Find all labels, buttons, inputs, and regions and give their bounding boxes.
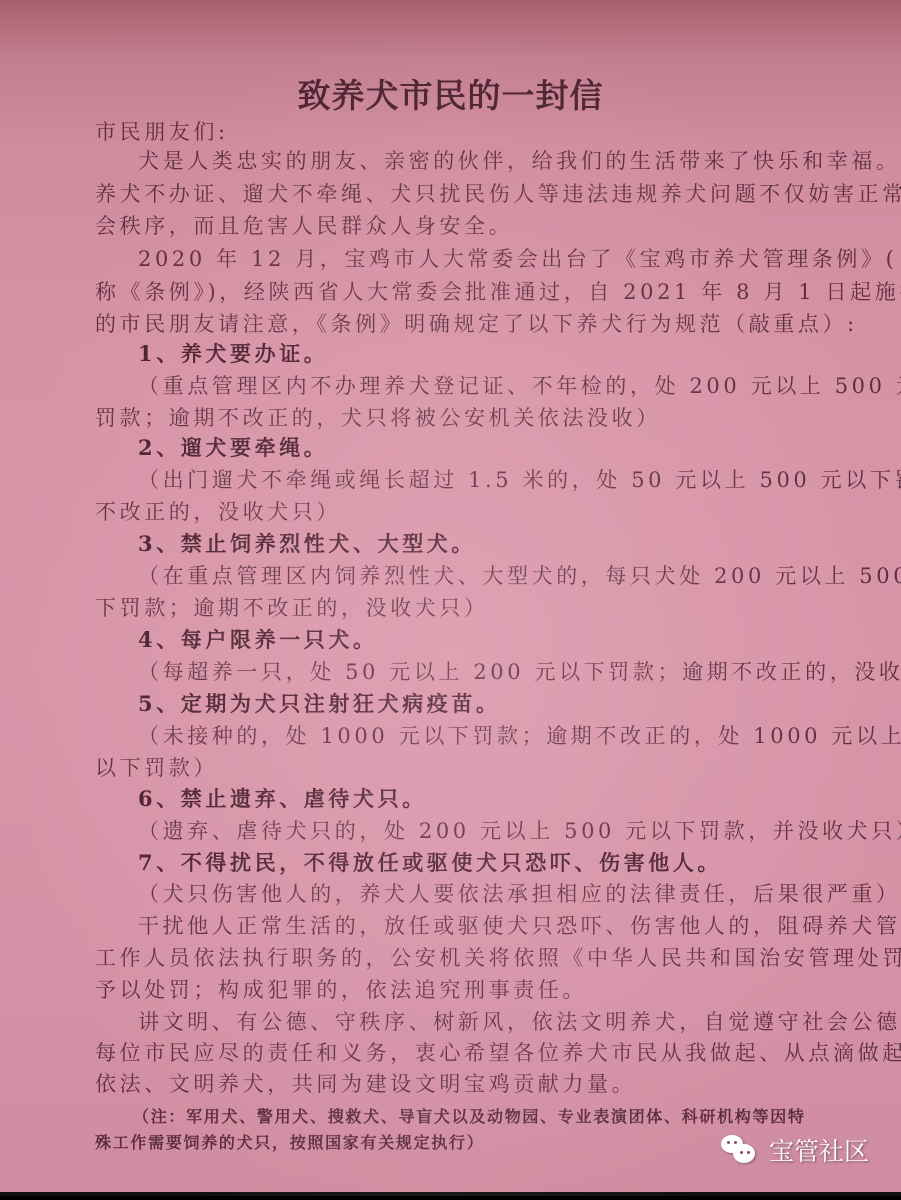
rule-3-detail-1: （在重点管理区内饲养烈性犬、大型犬的，每只犬处 200 元以上 500 元以 — [138, 562, 901, 590]
rule-1-heading: 1、养犬要办证。 — [138, 340, 328, 368]
rule-5-detail-1: （未接种的，处 1000 元以下罚款；逾期不改正的，处 1000 元以上 500… — [138, 722, 901, 750]
rule-5-heading: 5、定期为犬只注射狂犬病疫苗。 — [138, 690, 501, 718]
rule-1-detail-2: 罚款；逾期不改正的，犬只将被公安机关依法没收） — [95, 404, 661, 432]
rule-2-heading: 2、遛犬要牵绳。 — [138, 434, 328, 462]
intro-line-3: 会秩序，而且危害人民群众人身安全。 — [95, 212, 513, 240]
closing-line-1: 讲文明、有公德、守秩序、树新风，依法文明养犬，自觉遵守社会公德是 — [138, 1008, 901, 1036]
rule-6-detail-1: （遗弃、虐待犬只的，处 200 元以上 500 元以下罚款，并没收犬只） — [138, 817, 901, 845]
bottom-edge — [0, 1192, 901, 1196]
rule-3-heading: 3、禁止饲养烈性犬、大型犬。 — [138, 530, 476, 558]
rule-7-detail-1: （犬只伤害他人的，养犬人要依法承担相应的法律责任，后果很严重） — [138, 880, 901, 908]
penalty-line-2: 工作人员依法执行职务的，公安机关将依照《中华人民共和国治安管理处罚法》 — [95, 944, 901, 972]
background-line-3: 的市民朋友请注意，《条例》明确规定了以下养犬行为规范（敲重点）: — [95, 310, 858, 338]
rule-1-detail-1: （重点管理区内不办理养犬登记证、不年检的，处 200 元以上 500 元以下 — [138, 372, 901, 400]
rule-6-heading: 6、禁止遗弃、虐待犬只。 — [138, 785, 427, 813]
rule-4-detail-1: （每超养一只，处 50 元以上 200 元以下罚款；逾期不改正的，没收犬只） — [138, 658, 901, 686]
intro-line-2: 养犬不办证、遛犬不牵绳、犬只扰民伤人等违法违规养犬问题不仅妨害正常社 — [95, 180, 901, 208]
watermark-label: 宝管社区 — [769, 1132, 869, 1168]
closing-line-3: 依法、文明养犬，共同为建设文明宝鸡贡献力量。 — [95, 1070, 636, 1098]
penalty-line-1: 干扰他人正常生活的，放任或驱使犬只恐吓、伤害他人的，阻碍养犬管理 — [138, 912, 901, 940]
document-title: 致养犬市民的一封信 — [0, 70, 901, 117]
intro-line-1: 犬是人类忠实的朋友、亲密的伙伴，给我们的生活带来了快乐和幸福。但 — [138, 147, 901, 175]
background-line-1: 2020 年 12 月，宝鸡市人大常委会出台了《宝鸡市养犬管理条例》( 以下简 — [138, 245, 901, 273]
rule-4-heading: 4、每户限养一只犬。 — [138, 626, 378, 654]
source-watermark: 宝管社区 — [721, 1132, 869, 1168]
rule-3-detail-2: 下罚款；逾期不改正的，没收犬只） — [95, 594, 489, 622]
rule-5-detail-2: 以下罚款） — [95, 754, 218, 782]
note-line-1: （注：军用犬、警用犬、搜救犬、导盲犬以及动物园、专业表演团体、科研机构等因特 — [133, 1106, 806, 1128]
wechat-icon — [721, 1135, 757, 1165]
penalty-line-3: 予以处罚；构成犯罪的，依法追究刑事责任。 — [95, 976, 587, 1004]
closing-line-2: 每位市民应尽的责任和义务，衷心希望各位养犬市民从我做起、从点滴做起， — [95, 1039, 901, 1067]
rule-2-detail-1: （出门遛犬不牵绳或绳长超过 1.5 米的，处 50 元以上 500 元以下罚款；… — [138, 466, 901, 494]
background-line-2: 称《条例》)，经陕西省人大常委会批准通过，自 2021 年 8 月 1 日起施行… — [95, 278, 901, 306]
document-photo: 致养犬市民的一封信 市民朋友们: 犬是人类忠实的朋友、亲密的伙伴，给我们的生活带… — [0, 0, 901, 1196]
rule-2-detail-2: 不改正的，没收犬只） — [95, 498, 341, 526]
rule-7-heading: 7、不得扰民，不得放任或驱使犬只恐吓、伤害他人。 — [138, 849, 722, 877]
salutation: 市民朋友们: — [95, 118, 229, 146]
note-line-2: 殊工作需要饲养的犬只，按照国家有关规定执行） — [95, 1132, 484, 1154]
